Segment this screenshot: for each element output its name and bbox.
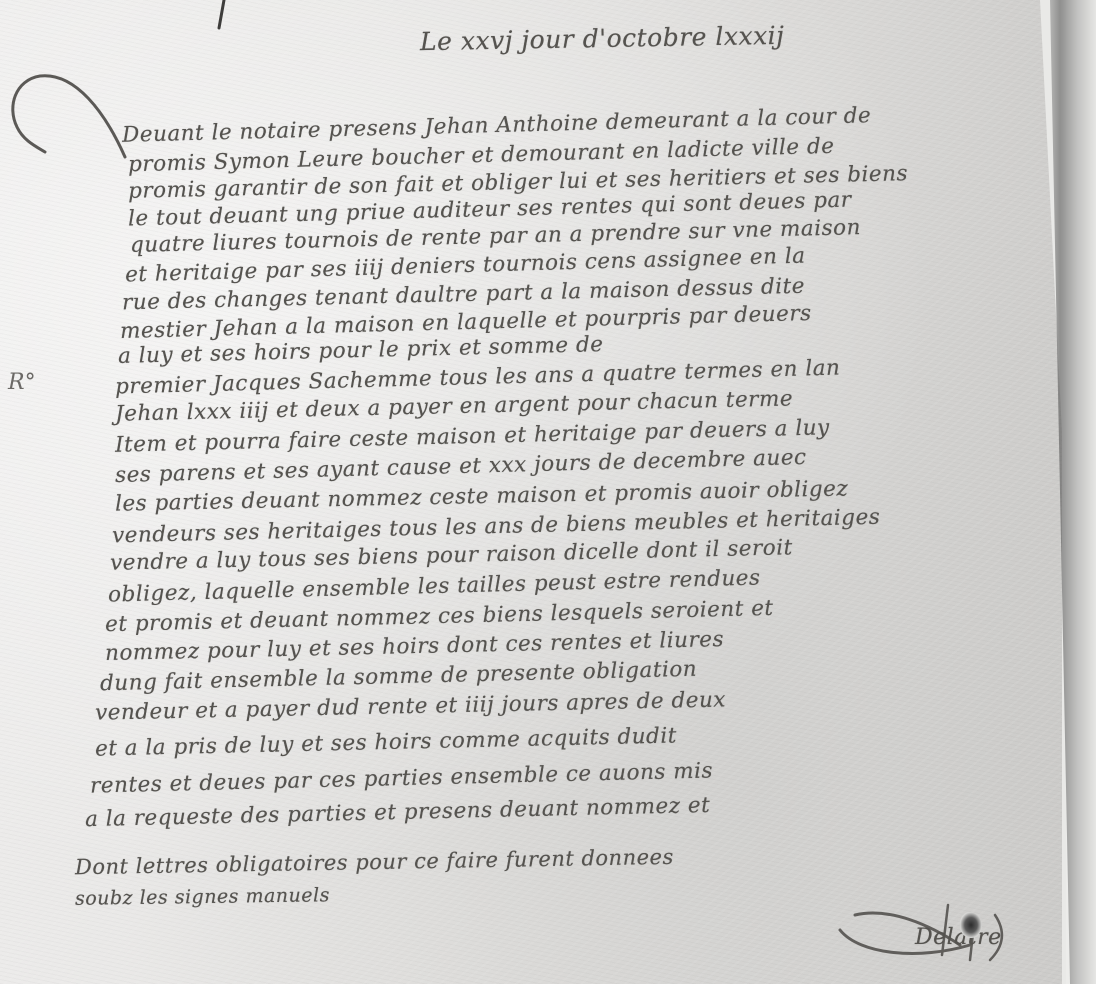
signature-text: Delatre: [915, 925, 1002, 950]
notary-signature: Delatre: [830, 885, 1030, 975]
document-date-header: Le xxvj jour d'octobre lxxxij: [420, 21, 785, 56]
paper-hole: [960, 912, 982, 938]
manuscript-page: Le xxvj jour d'octobre lxxxij R° Deuant …: [0, 0, 1062, 984]
margin-note: R°: [8, 370, 36, 395]
text-line: soubz les signes manuels: [75, 884, 330, 910]
text-line: rentes et deues par ces parties ensemble…: [90, 758, 714, 798]
initial-flourish: [5, 62, 140, 162]
text-line: a la requeste des parties et presens deu…: [85, 793, 711, 832]
text-line: Dont lettres obligatoires pour ce faire …: [75, 845, 674, 879]
text-line: et a la pris de luy et ses hoirs comme a…: [95, 723, 677, 761]
top-ink-stroke: [216, 0, 226, 30]
